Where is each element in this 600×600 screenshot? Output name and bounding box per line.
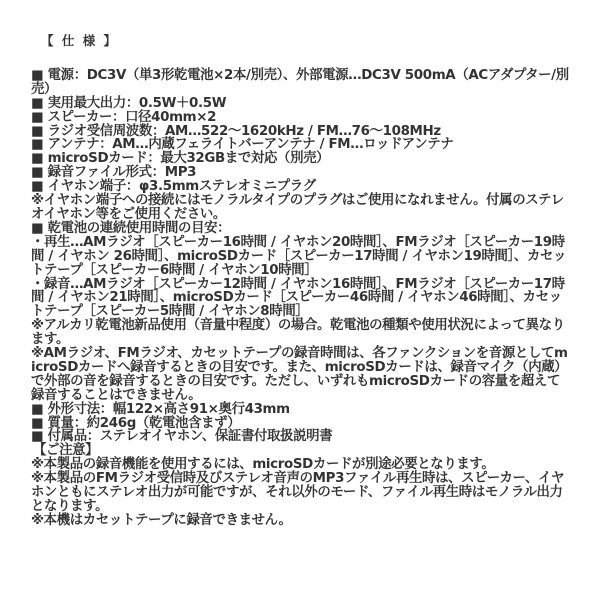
battery-playback-times: ・再生…AMラジオ［スピーカー16時間 / イヤホン20時間］、FMラジオ［スピ…	[31, 236, 571, 278]
earphone-note: ※イヤホン端子への接続にはモノラルタイプのプラグはご使用になれません。付属のステ…	[31, 194, 571, 222]
note-no-cassette-recording: ※本機はカセットテープに録音できません。	[31, 514, 571, 528]
spec-output: 実用最大出力：0.5W＋0.5W	[31, 97, 571, 111]
battery-note: ※アルカリ乾電池新品使用（音量中程度）の場合。乾電池の種類や使用状況によって異な…	[31, 319, 571, 347]
spec-earphone-jack: イヤホン端子：φ3.5mmステレオミニプラグ	[31, 180, 571, 194]
section-title: 【 仕 様 】	[41, 34, 571, 48]
spec-speaker: スピーカー：口径40mm×2	[31, 111, 571, 125]
note-stereo-output: ※本製品のFMラジオ受信時及びステレオ音声のMP3ファイル再生時は、スピーカー、…	[31, 472, 571, 514]
battery-recording-times: ・録音…AMラジオ［スピーカー12時間 / イヤホン16時間］、FMラジオ［スピ…	[31, 278, 571, 320]
spec-document: 【 仕 様 】 電源：DC3V（単3形乾電池×2本/別売）、外部電源…DC3V …	[31, 34, 571, 528]
spec-power: 電源：DC3V（単3形乾電池×2本/別売）、外部電源…DC3V 500mA（AC…	[31, 69, 571, 97]
recording-note: ※AMラジオ、FMラジオ、カセットテープの録音時間は、各ファンクションを音源とし…	[31, 347, 571, 403]
battery-heading: 乾電池の連続使用時間の目安：	[31, 222, 571, 236]
spec-accessories: 付属品：ステレオイヤホン、保証書付取扱説明書	[31, 430, 571, 444]
spec-dimensions: 外形寸法：幅122×高さ91×奥行43mm	[31, 403, 571, 417]
